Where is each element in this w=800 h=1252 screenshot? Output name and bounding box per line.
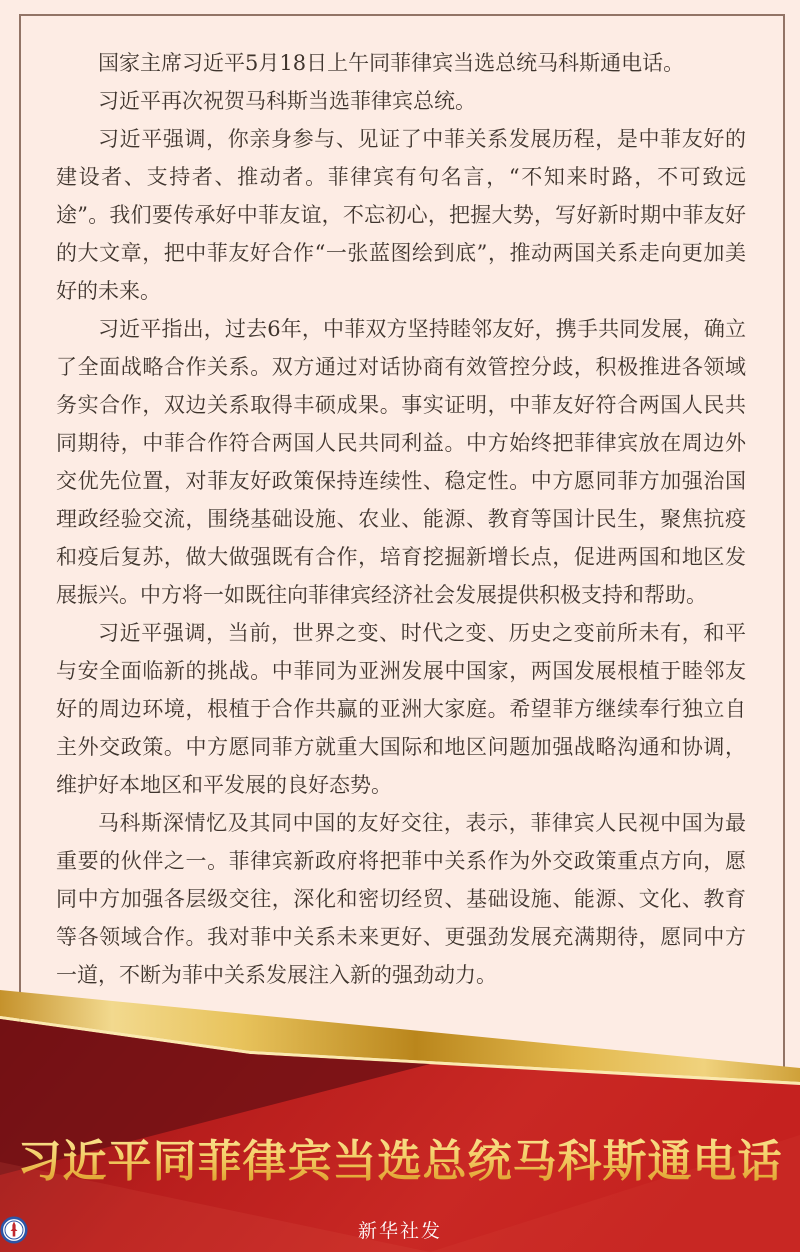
credit-label: 新华社发 [358, 1216, 442, 1243]
news-credit: 新华社发 [0, 1216, 800, 1243]
article-paragraph: 习近平强调，你亲身参与、见证了中菲关系发展历程，是中菲友好的建设者、支持者、推动… [56, 120, 746, 310]
article-body: 国家主席习近平5月18日上午同菲律宾当选总统马科斯通电话。 习近平再次祝贺马科斯… [56, 44, 746, 994]
xinhua-logo-icon [0, 1216, 28, 1244]
news-poster: 国家主席习近平5月18日上午同菲律宾当选总统马科斯通电话。 习近平再次祝贺马科斯… [0, 0, 800, 1252]
article-paragraph: 国家主席习近平5月18日上午同菲律宾当选总统马科斯通电话。 [56, 44, 746, 82]
bottom-banner: 习近平同菲律宾当选总统马科斯通电话 新华社发 [0, 985, 800, 1252]
banner-title: 习近平同菲律宾当选总统马科斯通电话 [0, 1125, 800, 1189]
article-paragraph: 习近平再次祝贺马科斯当选菲律宾总统。 [56, 82, 746, 120]
article-paragraph: 习近平指出，过去6年，中菲双方坚持睦邻友好，携手共同发展，确立了全面战略合作关系… [56, 310, 746, 614]
article-paragraph: 习近平强调，当前，世界之变、时代之变、历史之变前所未有，和平与安全面临新的挑战。… [56, 614, 746, 804]
article-paragraph: 马科斯深情忆及其同中国的友好交往，表示，菲律宾人民视中国为最重要的伙伴之一。菲律… [56, 804, 746, 994]
banner-graphic [0, 985, 800, 1252]
